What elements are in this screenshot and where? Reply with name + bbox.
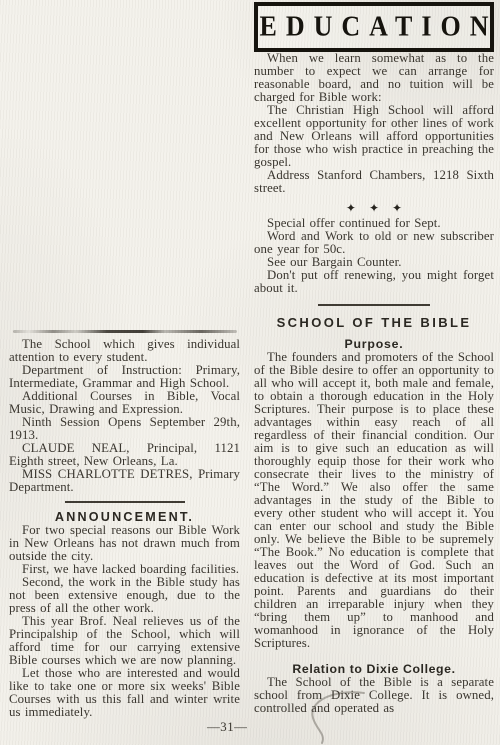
section-divider-rule (318, 304, 430, 306)
heading-announcement: ANNOUNCEMENT. (9, 510, 240, 524)
announcement-paragraph-5: Let those who are interested and would l… (9, 667, 240, 719)
masthead-title: EDUCATION (251, 11, 498, 43)
school-info-paragraph-6: MISS CHARLOTTE DETRES, Primary Departmen… (9, 468, 240, 494)
offer-paragraph-4: Don't put off renewing, you might forget… (254, 269, 494, 295)
offer-paragraph-2: Word and Work to old or new subscriber o… (254, 230, 494, 256)
intro-paragraph-3: Address Stanford Chambers, 1218 Sixth st… (254, 169, 494, 195)
announcement-paragraph-4: This year Brof. Neal relieves us of the … (9, 615, 240, 667)
heading-relation-to-dixie-college: Relation to Dixie College. (254, 662, 494, 676)
left-column: The School which gives individual attent… (9, 330, 240, 719)
ink-smudge-rule (13, 330, 237, 333)
heading-school-of-the-bible: SCHOOL OF THE BIBLE (254, 315, 494, 330)
right-column: EDUCATION When we learn somewhat as to t… (254, 2, 494, 715)
subheading-purpose: Purpose. (254, 337, 494, 351)
school-info-paragraph-1: The School which gives individual attent… (9, 338, 240, 364)
school-info-paragraph-2: Department of Instruction: Primary, Inte… (9, 364, 240, 390)
pen-mark (298, 688, 382, 745)
cross-ornament-icon: ✦ ✦ ✦ (254, 202, 494, 214)
announcement-paragraph-1: For two special reasons our Bible Work i… (9, 524, 240, 563)
announcement-divider-rule (65, 501, 185, 503)
school-info-paragraph-5: CLAUDE NEAL, Principal, 1121 Eighth stre… (9, 442, 240, 468)
masthead-box: EDUCATION (254, 2, 494, 52)
intro-paragraph-1: When we learn somewhat as to the number … (254, 52, 494, 104)
announcement-paragraph-3: Second, the work in the Bible study has … (9, 576, 240, 615)
scanned-page: { "masthead": { "title": "EDUCATION" }, … (0, 0, 500, 745)
page-number: —31— (207, 720, 247, 735)
intro-paragraph-2: The Christian High School will afford ex… (254, 104, 494, 169)
school-info-paragraph-3: Additional Courses in Bible, Vocal Music… (9, 390, 240, 416)
school-info-paragraph-4: Ninth Session Opens September 29th, 1913… (9, 416, 240, 442)
purpose-body-paragraph: The founders and promoters of the School… (254, 351, 494, 650)
